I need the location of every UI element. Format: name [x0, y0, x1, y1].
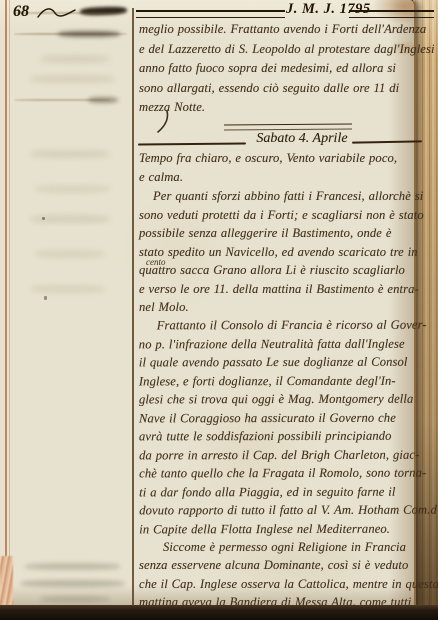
manuscript-line: da porre in arresto il Cap. del Brigh Ch…	[139, 445, 438, 464]
ink-bleed-mark	[58, 31, 120, 37]
manuscript-line: Tempo fra chiaro, e oscuro, Vento variab…	[139, 149, 438, 168]
journal-paragraph: Tempo fra chiaro, e oscuro, Vento variab…	[139, 149, 438, 187]
ink-bleed-mark	[35, 250, 105, 258]
manuscript-line: dovuto rapporto di tutto il fatto al V. …	[139, 501, 438, 520]
gutter-shadow	[0, 605, 438, 620]
interline-insertion: cento	[146, 257, 166, 267]
margin-rule-line	[132, 8, 134, 605]
ink-bleed-mark	[40, 596, 110, 602]
ink-speck	[44, 296, 47, 300]
manuscript-line: il quale avendo passato Le sue doglianze…	[139, 353, 438, 372]
journal-paragraph: Per quanti sforzi abbino fatti i Frances…	[139, 187, 438, 317]
manuscript-line: meglio possibile. Frattanto avendo i For…	[139, 20, 438, 40]
journal-paragraph: Siccome è permesso ogni Religione in Fra…	[139, 538, 438, 612]
page-edge-line	[9, 0, 10, 607]
page-edge-line	[5, 0, 7, 607]
manuscript-line: ti a dar fondo alla Piaggia, ed in segui…	[139, 482, 438, 501]
manuscript-line: glesi che si trova qui oggi è Mag. Montg…	[139, 390, 438, 409]
heading-dash-left	[138, 142, 246, 145]
manuscript-line: e calma.	[139, 168, 438, 187]
header-rule-right	[349, 10, 434, 18]
manuscript-line: senza esservene alcuna Dominante, così s…	[139, 556, 438, 574]
manuscript-line: Frattanto il Consolo di Francia è ricors…	[139, 316, 438, 335]
manuscript-line: sono allargati, essendo ciò seguito dall…	[139, 79, 438, 99]
manuscript-line: che il Cap. Inglese osserva la Cattolica…	[139, 575, 438, 593]
manuscript-line: avrà tutte le soddisfazioni possibili pr…	[139, 427, 438, 446]
manuscript-line: quattro sacca Grano allora Li è riuscito…	[139, 261, 438, 280]
heading-dash-right	[352, 140, 422, 143]
manuscript-line: Per quanti sforzi abbino fatti i Frances…	[139, 187, 438, 206]
ink-bleed-mark	[35, 185, 110, 193]
ink-bleed-mark	[25, 563, 120, 570]
manuscript-line: sono veduti protetti da i Forti; e scagl…	[139, 206, 438, 225]
ink-bleed-mark	[40, 55, 110, 63]
ink-bleed-mark	[30, 75, 115, 83]
ink-bleed-mark	[80, 6, 127, 16]
manuscript-line: e verso le ore 11. della mattina il Bast…	[139, 280, 438, 299]
journal-paragraph: meglio possibile. Frattanto avendo i For…	[139, 20, 438, 118]
manuscript-scan: 68 J. M. J. 1795 meglio possibile. Fratt…	[0, 0, 438, 620]
manuscript-line: stato spedito un Navicello, ed avendo sc…	[139, 243, 438, 262]
entry-heading: Sabato 4. Aprile	[246, 131, 358, 147]
page-corner-stack	[0, 556, 13, 607]
paragraph-end-flourish	[157, 110, 171, 134]
header-rule-left	[136, 10, 285, 18]
manuscript-line: anno fatto fuoco sopra dei medesimi, ed …	[139, 59, 438, 79]
header-monogram: J. M. J.	[286, 1, 336, 17]
manuscript-line: no p. l'infrazione della Neutralità fatt…	[139, 334, 438, 353]
folio-flourish	[37, 5, 77, 23]
manuscript-line: e del Lazzeretto di S. Leopoldo al prote…	[139, 40, 438, 60]
ink-speck	[42, 217, 45, 220]
manuscript-line: mezza Notte.	[139, 98, 438, 118]
ink-bleed-mark	[88, 97, 118, 103]
manuscript-line: Siccome è permesso ogni Religione in Fra…	[139, 538, 438, 556]
manuscript-line: nel Molo.	[139, 298, 438, 317]
heading-overline	[224, 124, 352, 131]
ink-bleed-mark	[20, 580, 125, 587]
manuscript-line: Inglese, e forti doglianze, il Comandant…	[139, 371, 438, 390]
journal-paragraph: Frattanto il Consolo di Francia è ricors…	[139, 316, 438, 539]
folio-number: 68	[13, 3, 29, 21]
ink-bleed-mark	[30, 285, 105, 293]
manuscript-page: 68 J. M. J. 1795 meglio possibile. Fratt…	[0, 0, 416, 607]
manuscript-line: in Capite della Flotta Inglese nel Medit…	[139, 519, 438, 538]
manuscript-line: possibile senza alleggerire il Bastiment…	[139, 224, 438, 243]
ink-bleed-mark	[30, 150, 110, 158]
manuscript-line: Nave il Coraggioso ha assicurato il Gove…	[139, 408, 438, 427]
manuscript-line: chè tanto quello che la Fragata il Romol…	[139, 464, 438, 483]
